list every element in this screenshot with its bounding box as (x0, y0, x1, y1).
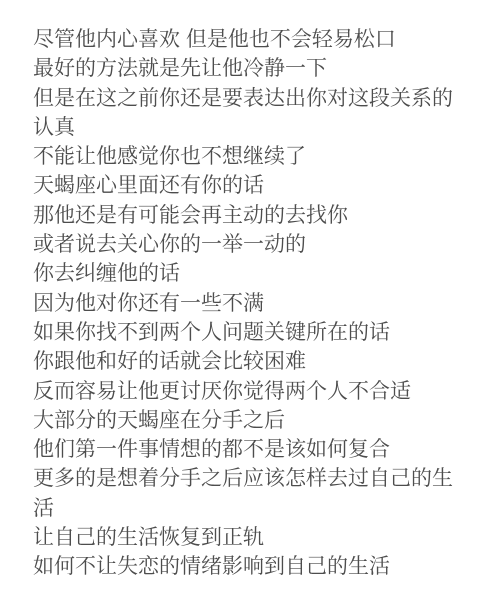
text-line: 如何不让失恋的情绪影响到自己的生活 (33, 552, 459, 581)
text-line: 但是在这之前你还是要表达出你对这段关系的 (33, 84, 459, 113)
text-line: 尽管他内心喜欢 但是他也不会轻易松口 (33, 25, 459, 54)
text-line: 你跟他和好的话就会比较困难 (33, 347, 459, 376)
text-line: 如果你找不到两个人问题关键所在的话 (33, 318, 459, 347)
article-text-block: 尽管他内心喜欢 但是他也不会轻易松口 最好的方法就是先让他冷静一下 但是在这之前… (0, 0, 479, 600)
text-line: 或者说去关心你的一举一动的 (33, 230, 459, 259)
text-line: 那他还是有可能会再主动的去找你 (33, 201, 459, 230)
text-line: 认真 (33, 113, 459, 142)
text-line: 活 (33, 494, 459, 523)
text-line: 他们第一件事情想的都不是该如何复合 (33, 435, 459, 464)
text-line: 因为他对你还有一些不满 (33, 289, 459, 318)
text-line: 你去纠缠他的话 (33, 259, 459, 288)
text-line: 更多的是想着分手之后应该怎样去过自己的生 (33, 464, 459, 493)
text-line: 大部分的天蝎座在分手之后 (33, 406, 459, 435)
text-line: 天蝎座心里面还有你的话 (33, 171, 459, 200)
text-line: 不能让他感觉你也不想继续了 (33, 142, 459, 171)
text-line: 让自己的生活恢复到正轨 (33, 523, 459, 552)
text-line: 最好的方法就是先让他冷静一下 (33, 54, 459, 83)
text-line: 反而容易让他更讨厌你觉得两个人不合适 (33, 377, 459, 406)
